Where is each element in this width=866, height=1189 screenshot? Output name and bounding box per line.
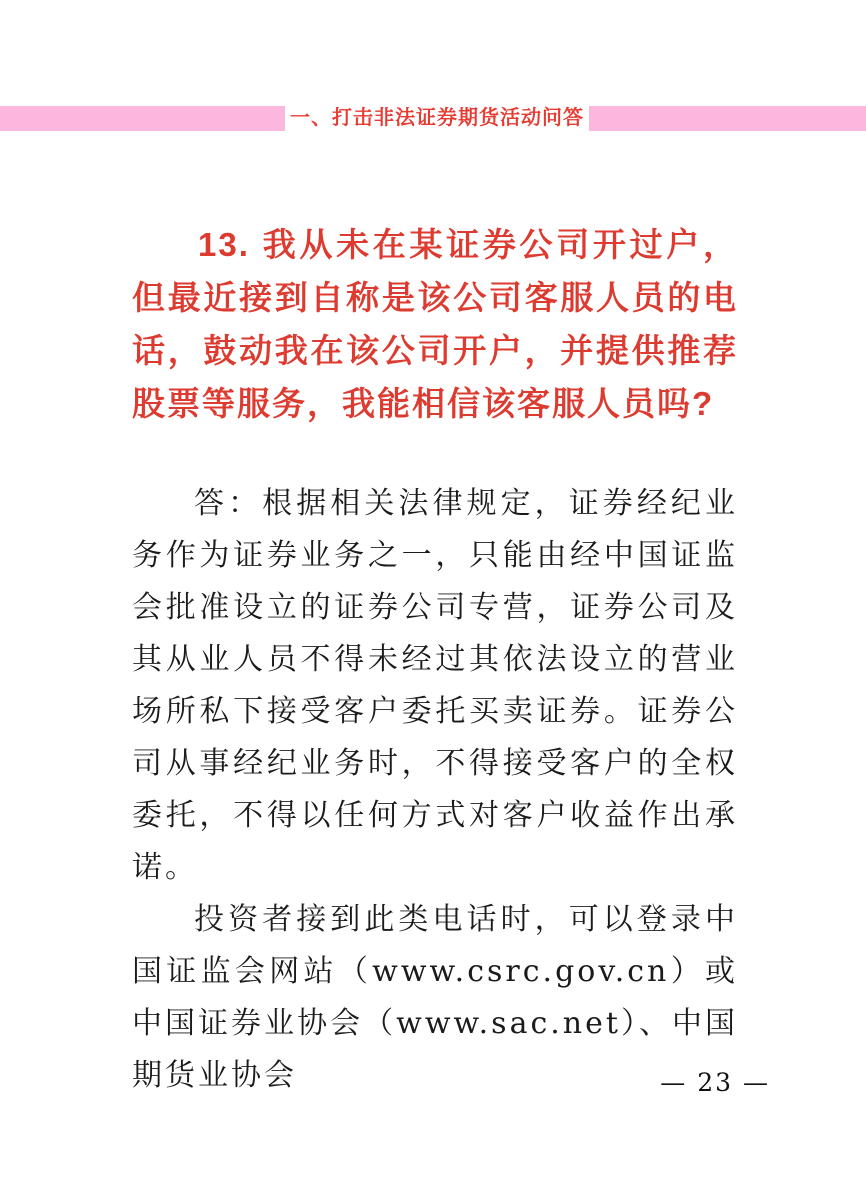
- header-right-bar: [589, 106, 866, 131]
- chapter-title: 一、打击非法证券期货活动问答: [285, 105, 589, 131]
- book-page: 一、打击非法证券期货活动问答 13. 我从未在某证券公司开过户，但最近接到自称是…: [0, 0, 866, 1189]
- answer-body: 答：根据相关法律规定，证券经纪业务作为证券业务之一，只能由经中国证监会批准设立的…: [132, 478, 738, 1102]
- page-number: — 23 —: [660, 1068, 770, 1097]
- answer-paragraph-1: 答：根据相关法律规定，证券经纪业务作为证券业务之一，只能由经中国证监会批准设立的…: [132, 478, 738, 894]
- answer-paragraph-2: 投资者接到此类电话时，可以登录中国证监会网站（www.csrc.gov.cn）或…: [132, 894, 738, 1102]
- question-heading: 13. 我从未在某证券公司开过户，但最近接到自称是该公司客服人员的电话，鼓动我在…: [132, 218, 738, 430]
- header-left-bar: [0, 106, 285, 131]
- page-header: 一、打击非法证券期货活动问答: [0, 105, 866, 131]
